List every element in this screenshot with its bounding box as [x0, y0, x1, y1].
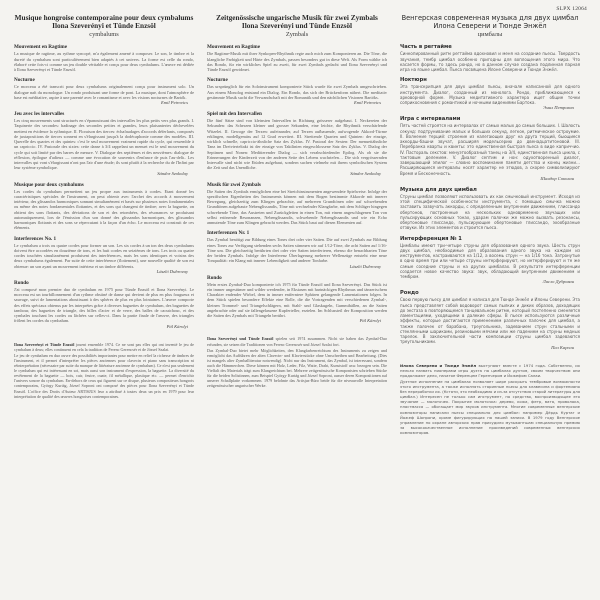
section-heading: Ноктюрн — [400, 77, 580, 83]
section: Spiel mit den IntervallenDie fünf Sätze … — [207, 111, 387, 177]
section: Интерференция № 1Цимбалы имеют три-четыр… — [400, 236, 580, 286]
sections: Mouvement en RagtimeLa musique de ragtim… — [14, 44, 194, 329]
composer-signature: Pál Károlyi — [207, 318, 387, 324]
composer-signature: Sándor Szokolay — [207, 171, 387, 177]
instrument-label: cymbalums — [14, 31, 194, 39]
section-heading: Jeu avec les intervalles — [14, 111, 194, 117]
section: Часть в регтаймеСинкопированный ритм рег… — [400, 44, 580, 72]
composer-signature: Шандор Соколаи — [400, 176, 580, 182]
column-header: Musique hongroise contemporaine pour deu… — [14, 14, 194, 38]
section-heading: Musik für zwei Zymbals — [207, 182, 387, 188]
composer-signature: László Dubrovay — [207, 264, 387, 270]
section-heading: Музыка для двух цимбал — [400, 187, 580, 193]
section: Interferences No. 1Le cymbalum a trois o… — [14, 236, 194, 275]
section-text: Das ursprünglich für ein Soloinstrument … — [207, 84, 387, 100]
section: RondoJ'ai composé mon premier duo de cym… — [14, 280, 194, 330]
section: НоктюрнЭта транскрипция для двух цимбал … — [400, 77, 580, 111]
section-heading: Игра с интервалами — [400, 116, 580, 122]
performers: Илона Северени и Тюнде Энжёл — [400, 22, 580, 30]
section-text: Das Zymbal benötigt zur Bildung eines To… — [207, 237, 387, 263]
column-german: Zeitgenössische ungarische Musik für zwe… — [207, 14, 387, 389]
section-text: Ce morceau a été transcrit pour deux cym… — [14, 84, 194, 100]
composer-signature: László Dubrovay — [14, 269, 194, 275]
section: Musik für zwei ZymbalsDie Saiten des Zym… — [207, 182, 387, 226]
performers: Ilona Szeverényi und Tünde Enzsöl — [207, 22, 387, 30]
instrument-label: цимбалы — [400, 31, 580, 39]
album-title: Венгерская современная музыка для двух ц… — [400, 14, 580, 22]
section: Игра с интерваламиПять частей строятся н… — [400, 116, 580, 182]
section-heading: Rondo — [207, 275, 387, 281]
section-text: La musique de ragtime, au rythme syncopé… — [14, 51, 194, 72]
composer-signature: Эмил Петрович — [400, 105, 580, 111]
section-text: Пять частей строятся на интервалах от са… — [400, 123, 580, 176]
section: RondoMein erstes Zymbal-Duo komponierte … — [207, 275, 387, 325]
section-text: Die Saiten des Zymbals ermöglichen eine … — [207, 189, 387, 226]
section-heading: Musique pour deux cymbalums — [14, 182, 194, 188]
section-text: Цимбалы имеют три-четыре струны для обра… — [400, 243, 580, 280]
section-text: Les cordes du cymbalum permettent un jeu… — [14, 189, 194, 231]
section-text: Свою первую пьесу для цимбал я написал д… — [400, 297, 580, 344]
section: Музыка для двух цимбалСтруны цимбал позв… — [400, 187, 580, 231]
section-heading: Spiel mit den Intervallen — [207, 111, 387, 117]
composer-signature: Пал Кароли — [400, 345, 580, 351]
bio-paragraph-2: Дуэтное исполнение на цимбалах позволяет… — [400, 379, 580, 435]
section-heading: Nocturne — [207, 77, 387, 83]
section-text: Les cinq mouvements sont structurés en s… — [14, 118, 194, 171]
section-heading: Nocturne — [14, 77, 194, 83]
section-text: J'ai composé mon premier duo de cymbalum… — [14, 287, 194, 324]
performer-biography: Илона Северени и Тюнде Энжёл выступают в… — [400, 363, 580, 435]
bio-paragraph-2: Das Zymbal-Duo bietet mehr Möglichkeiten… — [207, 348, 387, 389]
column-header: Венгерская современная музыка для двух ц… — [400, 14, 580, 38]
section-text: Струны цимбал позволяют использовать их … — [400, 194, 580, 231]
section: РондоСвою первую пьесу для цимбал я напи… — [400, 290, 580, 350]
instrument-label: Zymbals — [207, 31, 387, 39]
composer-signature: Ласло Дуброваи — [400, 279, 580, 285]
section-text: Синкопированный ритм регтайма вдохновил … — [400, 51, 580, 72]
composer-signature: Emil Petrovics — [207, 100, 387, 106]
section-text: Die Ragtime-Musik mit ihrer Synkopen-Rhy… — [207, 51, 387, 72]
sections: Часть в регтаймеСинкопированный ритм рег… — [400, 44, 580, 350]
column-french: Musique hongroise contemporaine pour deu… — [14, 14, 194, 400]
section-heading: Mouvement en Ragtime — [207, 44, 387, 50]
performer-biography: Ilona Szeverényi et Tünde Enzsöl jouent … — [14, 342, 194, 399]
section: Mouvement en RagtimeLa musique de ragtim… — [14, 44, 194, 72]
section: Musique pour deux cymbalumsLes cordes du… — [14, 182, 194, 231]
composer-signature: Emil Petrovics — [14, 100, 194, 106]
performer-biography: Ilona Szeverényi und Tünde Enzsöl spiele… — [207, 336, 387, 388]
composer-signature: Pál Károlyi — [14, 324, 194, 330]
section: NocturneCe morceau a été transcrit pour … — [14, 77, 194, 106]
section-text: Le cymbalum a trois ou quatre cordes pou… — [14, 243, 194, 269]
column-russian: Венгерская современная музыка для двух ц… — [400, 14, 580, 436]
section-text: Mein erstes Zymbal-Duo komponierte ich 1… — [207, 282, 387, 319]
section-heading: Часть в регтайме — [400, 44, 580, 50]
bio-paragraph-2: Le jeu de cymbalum en duo ouvre des poss… — [14, 353, 194, 399]
section-text: Die fünf Sätze sind von kleinsten Interv… — [207, 118, 387, 171]
section-text: Эта транскрипция для двух цимбал пьесы, … — [400, 84, 580, 105]
composer-signature: Sándor Szokolay — [14, 171, 194, 177]
section-heading: Рондо — [400, 290, 580, 296]
section: Mouvement en RagtimeDie Ragtime-Musik mi… — [207, 44, 387, 72]
section-heading: Rondo — [14, 280, 194, 286]
section-heading: Interferenzen Nr. 1 — [207, 230, 387, 236]
column-header: Zeitgenössische ungarische Musik für zwe… — [207, 14, 387, 38]
section: Interferenzen Nr. 1Das Zymbal benötigt z… — [207, 230, 387, 269]
section-heading: Интерференция № 1 — [400, 236, 580, 242]
section-heading: Interferences No. 1 — [14, 236, 194, 242]
performers: Ilona Szeverényi et Tünde Enzsöl — [14, 22, 194, 30]
catalog-number: SLPX 12064 — [556, 6, 587, 12]
section: NocturneDas ursprünglich für ein Soloins… — [207, 77, 387, 106]
sections: Mouvement en RagtimeDie Ragtime-Musik mi… — [207, 44, 387, 324]
section: Jeu avec les intervallesLes cinq mouveme… — [14, 111, 194, 177]
section-heading: Mouvement en Ragtime — [14, 44, 194, 50]
